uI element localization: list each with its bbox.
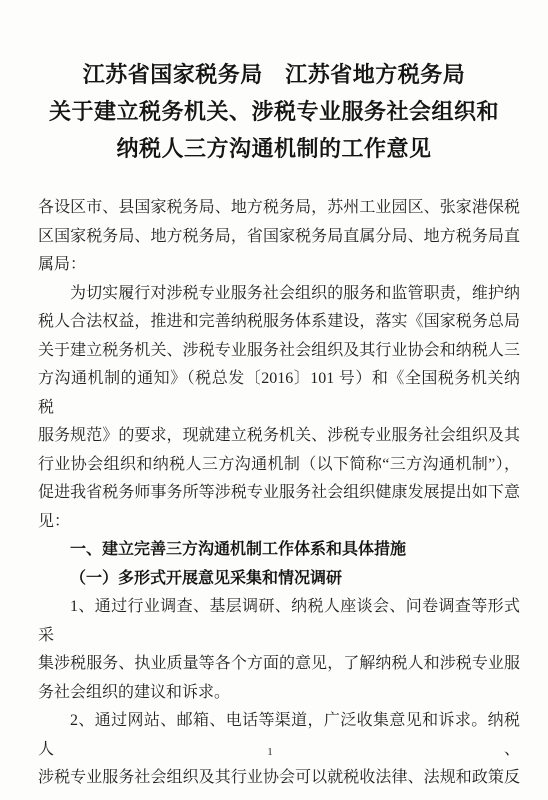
title-line-1: 江苏省国家税务局 江苏省地方税务局 [0, 56, 548, 93]
body-line: 涉税专业服务社会组织及其行业协会可以就税收法律、法规和政策反 [38, 764, 520, 793]
body-line: 一、建立完善三方沟通机制工作体系和具体措施 [38, 536, 520, 565]
body-line: 服务规范》的要求，现就建立税务机关、涉税专业服务社会组织及其 [38, 422, 520, 451]
page-number: 1 [0, 746, 540, 758]
body-line: 务社会组织的建议和诉求。 [38, 679, 520, 708]
body-line: 税人合法权益，推进和完善纳税服务体系建设，落实《国家税务总局 [38, 308, 520, 337]
body-line: 各设区市、县国家税务局、地方税务局，苏州工业园区、张家港保税 [38, 194, 520, 223]
body-line: 促进我省税务师事务所等涉税专业服务社会组织健康发展提出如下意 [38, 479, 520, 508]
body-line: （一）多形式开展意见采集和情况调研 [38, 565, 520, 594]
body-line: 区国家税务局、地方税务局，省国家税务局直属分局、地方税务局直 [38, 223, 520, 252]
document-body: 各设区市、县国家税务局、地方税务局，苏州工业园区、张家港保税区国家税务局、地方税… [38, 194, 520, 793]
title-line-3: 纳税人三方沟通机制的工作意见 [0, 130, 548, 167]
body-line: 为切实履行对涉税专业服务社会组织的服务和监管职责，维护纳 [38, 280, 520, 309]
body-line: 1、通过行业调查、基层调研、纳税人座谈会、问卷调查等形式采 [38, 593, 520, 650]
document-title: 江苏省国家税务局 江苏省地方税务局 关于建立税务机关、涉税专业服务社会组织和 纳… [0, 56, 548, 167]
body-line: 集涉税服务、执业质量等各个方面的意见，了解纳税人和涉税专业服 [38, 650, 520, 679]
body-line: 方沟通机制的通知》（税总发〔2016〕101 号）和《全国税务机关纳税 [38, 365, 520, 422]
body-line: 见： [38, 508, 520, 537]
body-line: 关于建立税务机关、涉税专业服务社会组织及其行业协会和纳税人三 [38, 337, 520, 366]
document-page: 江苏省国家税务局 江苏省地方税务局 关于建立税务机关、涉税专业服务社会组织和 纳… [0, 0, 548, 800]
body-line: 行业协会组织和纳税人三方沟通机制（以下简称“三方沟通机制”）， [38, 451, 520, 480]
title-line-2: 关于建立税务机关、涉税专业服务社会组织和 [0, 93, 548, 130]
body-line: 属局： [38, 251, 520, 280]
